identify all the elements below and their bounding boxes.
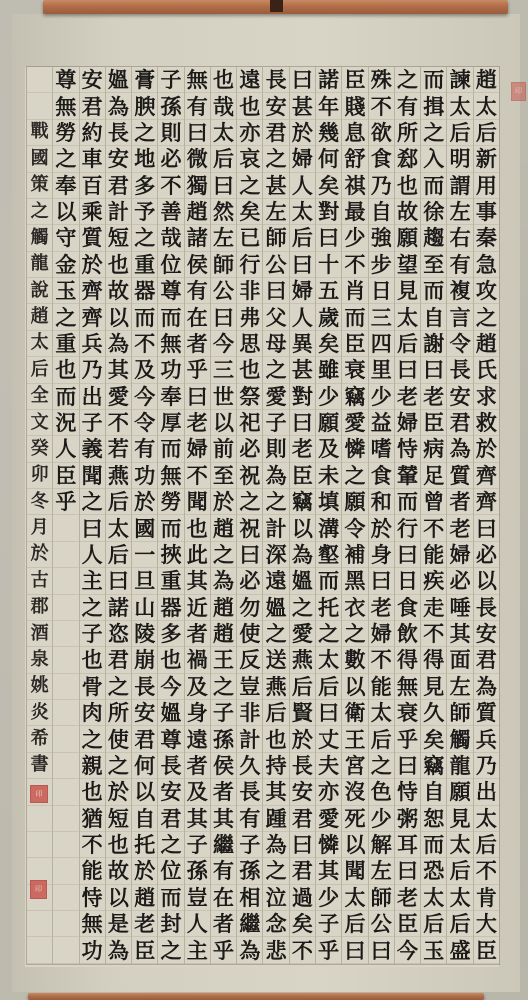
character-cell: 少 — [316, 384, 341, 410]
character-cell: 強 — [369, 225, 394, 251]
character-cell: 子 — [316, 911, 341, 937]
character-cell: 約 — [80, 120, 105, 146]
character-cell: 無 — [80, 911, 105, 937]
character-cell: 齊 — [474, 463, 499, 489]
character-cell: 重 — [132, 252, 157, 278]
character-cell: 乎 — [395, 726, 420, 752]
character-cell: 太 — [447, 93, 472, 119]
character-cell: 曰 — [474, 515, 499, 541]
character-cell: 矣 — [316, 173, 341, 199]
character-cell: 母 — [263, 331, 288, 357]
character-cell: 其 — [185, 568, 210, 594]
character-cell: 衛 — [342, 700, 367, 726]
character-cell: 孫 — [211, 726, 236, 752]
character-cell: 趙 — [211, 621, 236, 647]
character-cell: 婦 — [185, 436, 210, 462]
character-cell: 托 — [132, 832, 157, 858]
character-cell: 死 — [342, 806, 367, 832]
character-cell: 古 — [27, 568, 52, 594]
character-cell: 之 — [421, 120, 446, 146]
character-cell: 盛 — [447, 937, 472, 963]
character-cell: 最 — [342, 199, 367, 225]
character-cell: 金 — [53, 252, 78, 278]
character-cell: 亦 — [237, 120, 262, 146]
character-cell: 曰 — [80, 515, 105, 541]
character-cell: 侯 — [185, 252, 210, 278]
character-cell: 之 — [369, 753, 394, 779]
character-cell: 於 — [369, 515, 394, 541]
character-cell: 願 — [316, 410, 341, 436]
character-cell: 而 — [421, 173, 446, 199]
character-cell: 於 — [132, 489, 157, 515]
character-cell: 及 — [316, 436, 341, 462]
character-cell: 也 — [80, 779, 105, 805]
character-cell: 公 — [263, 252, 288, 278]
artist-style-seal: 印 — [30, 880, 47, 899]
character-cell: 老 — [395, 384, 420, 410]
character-cell: 曰 — [395, 542, 420, 568]
character-cell: 飲 — [395, 621, 420, 647]
character-cell: 不 — [132, 331, 157, 357]
character-cell: 於 — [290, 726, 315, 752]
character-cell: 不 — [158, 173, 183, 199]
character-cell: 善 — [158, 199, 183, 225]
character-cell — [53, 911, 78, 937]
character-cell: 腴 — [132, 93, 157, 119]
character-cell: 有 — [395, 93, 420, 119]
character-cell: 走 — [421, 595, 446, 621]
character-cell: 三 — [211, 357, 236, 383]
character-cell — [53, 595, 78, 621]
character-cell: 步 — [369, 252, 394, 278]
character-cell: 者 — [211, 911, 236, 937]
character-cell: 黑 — [342, 568, 367, 594]
character-cell: 左 — [369, 858, 394, 884]
character-cell: 奉 — [158, 384, 183, 410]
character-cell: 婦 — [447, 542, 472, 568]
character-cell — [53, 937, 78, 963]
character-cell: 計 — [106, 199, 131, 225]
character-cell: 急 — [474, 252, 499, 278]
character-cell: 愛 — [106, 384, 131, 410]
character-cell — [53, 568, 78, 594]
character-cell: 食 — [369, 463, 394, 489]
character-cell: 而 — [395, 489, 420, 515]
character-cell — [53, 542, 78, 568]
character-cell: 而 — [158, 304, 183, 330]
text-column-6: 臣賤息舒祺最少不肖而臣衰竊愛憐之願令補黑衣之數以衛王宮沒死以聞太后曰 — [341, 67, 367, 964]
character-cell: 位 — [158, 252, 183, 278]
character-cell: 於 — [80, 252, 105, 278]
character-cell — [53, 515, 78, 541]
character-cell: 里 — [369, 357, 394, 383]
character-cell: 填 — [316, 489, 341, 515]
character-cell: 也 — [211, 67, 236, 93]
character-cell: 救 — [474, 410, 499, 436]
character-cell: 見 — [421, 674, 446, 700]
character-cell: 為 — [290, 542, 315, 568]
character-cell: 竊 — [421, 753, 446, 779]
character-cell: 矣 — [316, 331, 341, 357]
character-cell: 君 — [132, 726, 157, 752]
character-cell: 為 — [106, 331, 131, 357]
character-cell: 王 — [211, 647, 236, 673]
character-cell: 耳 — [395, 832, 420, 858]
character-cell: 炎 — [27, 700, 52, 726]
character-cell: 老 — [369, 595, 394, 621]
character-cell: 愛 — [316, 806, 341, 832]
character-cell: 婦 — [369, 621, 394, 647]
character-cell: 之 — [211, 542, 236, 568]
character-cell: 太 — [342, 885, 367, 911]
character-cell: 不 — [106, 410, 131, 436]
character-cell: 自 — [421, 779, 446, 805]
character-cell: 曰 — [395, 357, 420, 383]
character-cell: 在 — [211, 885, 236, 911]
text-column-14: 膏腴之地多予之重器而不及今令有功於國一旦山陵崩長安君何以自托於趙老臣 — [131, 67, 157, 964]
character-cell: 短 — [106, 225, 131, 251]
character-cell: 近 — [185, 595, 210, 621]
character-cell: 前 — [211, 436, 236, 462]
character-cell: 於 — [132, 858, 157, 884]
character-cell: 子 — [80, 410, 105, 436]
character-cell: 聞 — [80, 463, 105, 489]
character-cell: 唾 — [447, 595, 472, 621]
character-cell: 諾 — [316, 67, 341, 93]
character-cell: 質 — [447, 463, 472, 489]
character-cell: 計 — [263, 515, 288, 541]
character-cell: 過 — [290, 885, 315, 911]
character-cell: 矣 — [237, 199, 262, 225]
character-cell: 曰 — [316, 700, 341, 726]
calligraphy-grid: 趙太后新用事秦急攻之趙氏求救於齊齊曰必以長安君為質兵乃出太后不肯大臣諫太后明謂左… — [26, 66, 500, 965]
character-cell: 息 — [342, 120, 367, 146]
character-cell: 曰 — [211, 173, 236, 199]
character-cell: 多 — [158, 621, 183, 647]
character-cell: 秦 — [474, 225, 499, 251]
character-cell: 曰 — [421, 357, 446, 383]
text-column-10: 遠也亦哀之矣已行非弗思也祭祀必祝之祝曰必勿使反豈非計久長有子孫相繼為 — [236, 67, 262, 964]
character-cell: 諫 — [447, 67, 472, 93]
text-column-8: 曰甚於婦人太后曰婦人異甚對曰老臣竊以為媼之愛燕后賢於長安君曰君過矣不 — [289, 67, 315, 964]
character-cell: 者 — [185, 621, 210, 647]
character-cell: 君 — [447, 410, 472, 436]
character-cell: 子 — [158, 67, 183, 93]
character-cell: 愛 — [263, 384, 288, 410]
character-cell: 也 — [395, 173, 420, 199]
character-cell: 祺 — [342, 173, 367, 199]
character-cell: 以 — [53, 199, 78, 225]
character-cell: 踵 — [263, 806, 288, 832]
character-cell: 曰 — [342, 937, 367, 963]
character-cell: 自 — [421, 304, 446, 330]
character-cell: 后 — [290, 225, 315, 251]
character-cell: 婦 — [290, 278, 315, 304]
character-cell: 其 — [316, 858, 341, 884]
character-cell: 甚 — [263, 173, 288, 199]
character-cell: 恃 — [395, 436, 420, 462]
character-cell: 托 — [316, 595, 341, 621]
character-cell: 老 — [132, 911, 157, 937]
character-cell: 乎 — [211, 937, 236, 963]
character-cell: 書 — [27, 753, 52, 779]
character-cell: 遠 — [237, 67, 262, 93]
character-cell: 甚 — [290, 93, 315, 119]
character-cell: 不 — [80, 832, 105, 858]
character-cell: 而 — [421, 278, 446, 304]
character-cell: 太 — [395, 304, 420, 330]
character-cell: 后 — [290, 674, 315, 700]
character-cell: 微 — [185, 146, 210, 172]
character-cell: 功 — [158, 357, 183, 383]
character-cell: 見 — [395, 278, 420, 304]
character-cell: 日 — [395, 568, 420, 594]
character-cell: 無 — [158, 463, 183, 489]
character-cell: 為 — [447, 436, 472, 462]
character-cell: 而 — [421, 67, 446, 93]
character-cell: 對 — [316, 199, 341, 225]
character-cell: 不 — [342, 252, 367, 278]
character-cell: 后 — [342, 911, 367, 937]
character-cell: 曰 — [106, 568, 131, 594]
character-cell: 況 — [53, 410, 78, 436]
character-cell: 長 — [158, 753, 183, 779]
character-cell: 之 — [80, 489, 105, 515]
character-cell: 遠 — [263, 568, 288, 594]
character-cell: 趙 — [211, 595, 236, 621]
character-cell: 安 — [106, 146, 131, 172]
character-cell: 后 — [474, 120, 499, 146]
character-cell: 悲 — [263, 937, 288, 963]
character-cell: 冬 — [27, 489, 52, 515]
character-cell: 故 — [395, 199, 420, 225]
character-cell: 之 — [132, 225, 157, 251]
character-cell: 繼 — [237, 911, 262, 937]
character-cell: 后 — [421, 911, 446, 937]
character-cell: 解 — [369, 832, 394, 858]
character-cell: 厚 — [158, 410, 183, 436]
character-cell: 言 — [447, 304, 472, 330]
character-cell: 臣 — [421, 410, 446, 436]
text-column-16: 安君約車百乘質於齊齊兵乃出子義聞之曰人主之子也骨肉之親也猶不能恃無功 — [79, 67, 105, 964]
character-cell: 竊 — [290, 489, 315, 515]
character-cell: 出 — [474, 779, 499, 805]
character-cell — [27, 67, 52, 93]
character-cell: 曾 — [421, 489, 446, 515]
character-cell: 為 — [474, 674, 499, 700]
text-column-1: 趙太后新用事秦急攻之趙氏求救於齊齊曰必以長安君為質兵乃出太后不肯大臣 — [473, 67, 499, 964]
character-cell: 兵 — [474, 726, 499, 752]
character-cell: 后 — [447, 858, 472, 884]
character-cell: 勞 — [158, 489, 183, 515]
character-cell: 諾 — [106, 595, 131, 621]
character-cell: 挾 — [158, 542, 183, 568]
character-cell: 策 — [27, 173, 52, 199]
character-cell: 願 — [342, 489, 367, 515]
character-cell: 以 — [290, 515, 315, 541]
character-cell: 行 — [237, 252, 262, 278]
character-cell: 恐 — [421, 858, 446, 884]
character-cell: 泉 — [27, 647, 52, 673]
character-cell: 以 — [474, 568, 499, 594]
character-cell: 左 — [447, 199, 472, 225]
character-cell: 以 — [342, 674, 367, 700]
character-cell: 之 — [211, 674, 236, 700]
character-cell: 曰 — [290, 410, 315, 436]
character-cell: 師 — [447, 700, 472, 726]
character-cell: 然 — [211, 199, 236, 225]
character-cell: 和 — [369, 489, 394, 515]
character-cell: 也 — [185, 515, 210, 541]
character-cell: 食 — [395, 595, 420, 621]
character-cell: 左 — [211, 225, 236, 251]
character-cell: 說 — [27, 278, 52, 304]
character-cell: 人 — [290, 304, 315, 330]
character-cell: 肖 — [342, 278, 367, 304]
character-cell: 卯 — [27, 463, 52, 489]
character-cell: 者 — [185, 331, 210, 357]
character-cell: 全 — [27, 384, 52, 410]
character-cell: 禍 — [185, 647, 210, 673]
character-cell: 無 — [185, 67, 210, 93]
character-cell: 義 — [80, 436, 105, 462]
character-cell — [53, 806, 78, 832]
character-cell: 數 — [342, 647, 367, 673]
character-cell: 為 — [263, 832, 288, 858]
character-cell: 封 — [158, 911, 183, 937]
character-cell: 為 — [211, 568, 236, 594]
character-cell: 百 — [80, 173, 105, 199]
character-cell: 之 — [80, 595, 105, 621]
character-cell: 不 — [185, 463, 210, 489]
character-cell: 有 — [447, 252, 472, 278]
character-cell: 願 — [447, 779, 472, 805]
character-cell: 婦 — [290, 146, 315, 172]
character-cell: 也 — [158, 647, 183, 673]
character-cell: 后 — [106, 542, 131, 568]
character-cell: 求 — [474, 384, 499, 410]
character-cell: 十 — [316, 252, 341, 278]
character-cell: 文 — [27, 410, 52, 436]
character-cell — [27, 93, 52, 119]
character-cell: 補 — [342, 542, 367, 568]
character-cell: 長 — [237, 779, 262, 805]
character-cell: 入 — [421, 146, 446, 172]
character-cell: 公 — [369, 911, 394, 937]
character-cell: 曰 — [316, 225, 341, 251]
character-cell: 觸 — [27, 225, 52, 251]
character-cell: 曰 — [237, 542, 262, 568]
character-cell: 曰 — [185, 384, 210, 410]
character-cell: 今 — [395, 937, 420, 963]
character-cell: 肯 — [474, 885, 499, 911]
character-cell: 所 — [395, 120, 420, 146]
character-cell: 孫 — [158, 93, 183, 119]
character-cell: 四 — [369, 331, 394, 357]
character-cell: 恣 — [106, 621, 131, 647]
text-column-7: 諾年幾何矣對曰十五歲矣雖少願及未填溝壑而托之太后曰丈夫亦愛憐其少子乎 — [315, 67, 341, 964]
character-cell: 而 — [342, 304, 367, 330]
character-cell: 尊 — [158, 726, 183, 752]
character-cell: 為 — [263, 463, 288, 489]
character-cell: 太 — [474, 93, 499, 119]
character-cell: 安 — [474, 621, 499, 647]
character-cell: 齊 — [474, 489, 499, 515]
character-cell: 明 — [447, 146, 472, 172]
character-cell: 恕 — [421, 806, 446, 832]
character-cell: 重 — [53, 331, 78, 357]
character-cell: 久 — [237, 753, 262, 779]
character-cell: 右 — [447, 225, 472, 251]
character-cell: 足 — [421, 463, 446, 489]
character-cell: 后 — [474, 832, 499, 858]
character-cell: 必 — [474, 542, 499, 568]
character-cell: 乃 — [474, 753, 499, 779]
character-cell: 憐 — [316, 832, 341, 858]
character-cell: 乃 — [369, 173, 394, 199]
character-cell: 勞 — [53, 120, 78, 146]
character-cell: 今 — [211, 331, 236, 357]
character-cell: 婦 — [395, 410, 420, 436]
character-cell: 乎 — [185, 357, 210, 383]
character-cell: 功 — [80, 937, 105, 963]
character-cell: 趙 — [211, 515, 236, 541]
character-cell: 而 — [158, 436, 183, 462]
character-cell: 老 — [290, 436, 315, 462]
character-cell: 人 — [185, 911, 210, 937]
character-cell: 何 — [316, 146, 341, 172]
bottom-wooden-rod — [28, 993, 484, 1000]
character-cell: 親 — [80, 753, 105, 779]
character-cell: 者 — [185, 753, 210, 779]
character-cell: 曰 — [263, 278, 288, 304]
character-cell: 不 — [474, 858, 499, 884]
character-cell: 無 — [395, 674, 420, 700]
character-cell: 有 — [237, 806, 262, 832]
character-cell: 曰 — [290, 832, 315, 858]
character-cell: 日 — [369, 278, 394, 304]
character-cell: 器 — [158, 595, 183, 621]
character-cell: 趨 — [421, 225, 446, 251]
character-cell: 則 — [263, 436, 288, 462]
character-cell: 不 — [369, 93, 394, 119]
character-cell: 衰 — [395, 700, 420, 726]
character-cell: 於 — [474, 436, 499, 462]
character-cell: 少 — [369, 384, 394, 410]
character-cell: 燕 — [263, 674, 288, 700]
character-cell: 而 — [421, 832, 446, 858]
character-cell: 兵 — [80, 331, 105, 357]
character-cell: 故 — [106, 278, 131, 304]
character-cell: 而 — [158, 885, 183, 911]
character-cell: 以 — [342, 832, 367, 858]
character-cell: 恃 — [395, 779, 420, 805]
text-column-4: 之有所郄也故願望見太后曰老婦恃輦而行曰日食飲得無衰乎曰恃粥耳曰老臣今 — [394, 67, 420, 964]
character-cell: 玉 — [421, 937, 446, 963]
text-column-3: 而揖之入而徐趨至而自謝曰老臣病足曾不能疾走不得見久矣竊自恕而恐太后玉 — [420, 67, 446, 964]
text-column-15: 媼為長安君計短也故以為其愛不若燕后太后曰諾恣君之所使之於短也故以是為 — [105, 67, 131, 964]
character-cell: 尊 — [53, 67, 78, 93]
character-cell — [53, 647, 78, 673]
character-cell: 長 — [474, 595, 499, 621]
character-cell: 多 — [132, 173, 157, 199]
character-cell: 月 — [27, 515, 52, 541]
character-cell: 三 — [369, 304, 394, 330]
character-cell: 師 — [369, 885, 394, 911]
character-cell: 諸 — [185, 225, 210, 251]
character-cell: 甚 — [290, 357, 315, 383]
character-cell: 遠 — [185, 726, 210, 752]
